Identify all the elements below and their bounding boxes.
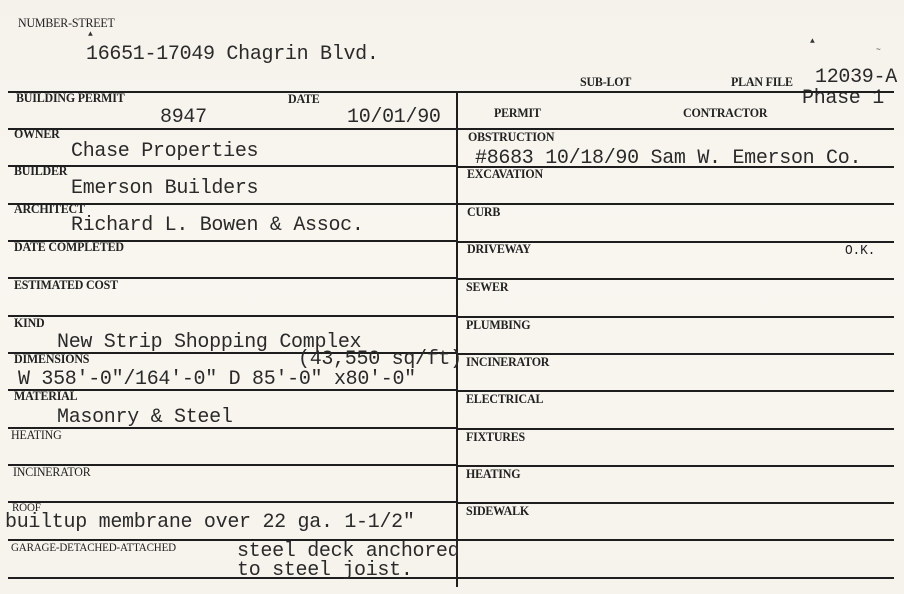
dimensions-value: W 358'-0"/164'-0" D 85'-0" x80'-0" bbox=[18, 368, 416, 391]
material-value: Masonry & Steel bbox=[57, 406, 233, 429]
fixtures-label: FIXTURES bbox=[466, 429, 525, 445]
owner-label: OWNER bbox=[14, 126, 60, 142]
permit-header: PERMIT bbox=[494, 105, 541, 121]
architect-value: Richard L. Bowen & Assoc. bbox=[71, 214, 364, 237]
garage-label: GARAGE-DETACHED-ATTACHED bbox=[11, 540, 176, 555]
dimensions-label: DIMENSIONS bbox=[14, 351, 89, 367]
sidewalk-label: SIDEWALK bbox=[466, 503, 529, 519]
permit-card: NUMBER-STREET 16651-17049 Chagrin Blvd. … bbox=[0, 0, 904, 594]
excavation-label: EXCAVATION bbox=[467, 166, 543, 182]
date-completed-label: DATE COMPLETED bbox=[14, 239, 124, 255]
rule bbox=[8, 501, 458, 503]
garage-value-line2: to steel joist. bbox=[237, 559, 413, 582]
column-divider bbox=[456, 91, 458, 587]
contractor-header: CONTRACTOR bbox=[683, 105, 767, 121]
ink-speck: ▲ bbox=[88, 30, 93, 39]
date-value: 10/01/90 bbox=[347, 106, 441, 129]
address-value: 16651-17049 Chagrin Blvd. bbox=[86, 43, 379, 66]
rule bbox=[8, 165, 458, 167]
date-label: DATE bbox=[288, 91, 320, 107]
sub-lot-label: SUB-LOT bbox=[580, 74, 631, 90]
incinerator-label: INCINERATOR bbox=[13, 464, 90, 480]
ink-speck: ▲ bbox=[810, 37, 815, 46]
number-street-label: NUMBER-STREET bbox=[18, 15, 115, 31]
obstruction-label: OBSTRUCTION bbox=[468, 129, 554, 145]
building-permit-label: BUILDING PERMIT bbox=[16, 90, 125, 106]
electrical-label: ELECTRICAL bbox=[466, 391, 543, 407]
ink-speck: ~ bbox=[876, 46, 881, 55]
driveway-value: O.K. bbox=[845, 243, 875, 259]
plan-file-label: PLAN FILE bbox=[731, 74, 793, 90]
rule bbox=[8, 315, 458, 317]
incinerator-right-label: INCINERATOR bbox=[466, 354, 549, 370]
sewer-label: SEWER bbox=[466, 279, 508, 295]
building-permit-value: 8947 bbox=[160, 106, 207, 129]
rule bbox=[458, 278, 894, 280]
plan-file-value: 12039-A bbox=[815, 66, 897, 89]
curb-label: CURB bbox=[467, 204, 500, 220]
heating-right-label: HEATING bbox=[466, 466, 520, 482]
heating-label: HEATING bbox=[11, 427, 62, 443]
estimated-cost-label: ESTIMATED COST bbox=[14, 277, 118, 293]
rule bbox=[458, 203, 894, 205]
material-label: MATERIAL bbox=[14, 388, 77, 404]
owner-value: Chase Properties bbox=[71, 140, 258, 163]
rule bbox=[8, 577, 894, 579]
roof-value: builtup membrane over 22 ga. 1-1/2" bbox=[5, 511, 415, 534]
plumbing-label: PLUMBING bbox=[466, 317, 530, 333]
rule bbox=[458, 465, 894, 467]
builder-label: BUILDER bbox=[14, 163, 67, 179]
builder-value: Emerson Builders bbox=[71, 177, 258, 200]
rule bbox=[8, 91, 894, 93]
driveway-label: DRIVEWAY bbox=[467, 241, 531, 257]
kind-label: KIND bbox=[14, 315, 45, 331]
